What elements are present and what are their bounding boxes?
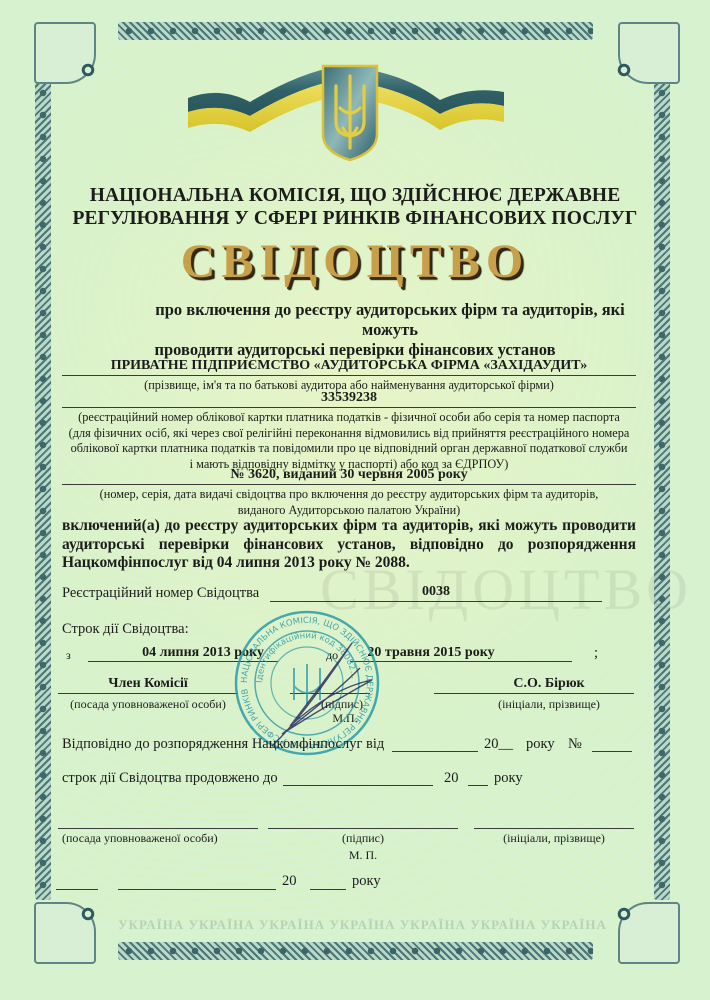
signer-position: Член Комісії — [58, 675, 238, 693]
extension-position-caption: (посада уповноваженої особи) — [62, 831, 218, 845]
certificate-number: № 3620, виданий 30 червня 2005 року — [62, 466, 636, 485]
corner-ornament-bottom-left — [34, 902, 96, 964]
extension-signature-caption: (підпис) — [268, 831, 458, 845]
extension-date-year-line — [310, 889, 346, 890]
stamp-trident-icon — [294, 664, 320, 704]
extension-signature-line — [268, 828, 458, 829]
extension-extended-line — [283, 785, 433, 786]
issuer-line-2: РЕГУЛЮВАННЯ У СФЕРІ РИНКІВ ФІНАНСОВИХ ПО… — [60, 207, 650, 231]
registration-line — [270, 601, 602, 602]
firm-name: ПРИВАТНЕ ПІДПРИЄМСТВО «АУДИТОРСЬКА ФІРМА… — [62, 357, 636, 376]
registration-number: 0038 — [270, 583, 602, 601]
ornament-border-right — [654, 60, 670, 900]
signer-name: С.О. Бірюк — [434, 675, 634, 693]
extension-order-year: 20__ — [484, 735, 513, 753]
firm-code-caption: (реєстраційний номер облікової картки пл… — [62, 410, 636, 472]
name-line — [434, 693, 634, 694]
subtitle-line-1: про включення до реєстру аудиторських фі… — [60, 300, 650, 340]
extension-name-line — [474, 828, 634, 829]
border-watermark-text: УКРАЇНА УКРАЇНА УКРАЇНА УКРАЇНА УКРАЇНА … — [118, 917, 607, 933]
validity-to-date: 20 травня 2015 року — [350, 644, 572, 662]
certificate-number-field: № 3620, виданий 30 червня 2005 року (ном… — [62, 466, 636, 518]
certificate-number-caption: (номер, серія, дата видачі свідоцтва про… — [62, 487, 636, 518]
certificate-title: СВІДОЦТВО — [60, 234, 650, 290]
extension-date-year-suffix: року — [352, 872, 381, 890]
extension-date-year: 20 — [282, 872, 297, 890]
extension-extended-label: строк дії Свідоцтва продовжено до — [62, 769, 278, 787]
coat-of-arms-emblem — [180, 62, 520, 162]
extension-name-caption: (ініціали, прізвище) — [474, 831, 634, 845]
corner-ornament-top-left — [34, 22, 96, 84]
validity-label: Строк дії Свідоцтва: — [62, 620, 189, 638]
signer-position-caption: (посада уповноваженої особи) — [58, 697, 238, 711]
firm-code: 33539238 — [62, 389, 636, 408]
firm-code-field: 33539238 (реєстраційний номер облікової … — [62, 389, 636, 472]
validity-terminator: ; — [594, 644, 598, 662]
extension-order-label: Відповідно до розпорядження Нацкомфінпос… — [62, 735, 384, 753]
extension-extended-year-line — [468, 785, 488, 786]
ornament-border-bottom — [118, 942, 593, 960]
extension-order-date-line — [392, 751, 478, 752]
extension-order-year-suffix: року — [526, 735, 555, 753]
extension-order-number-label: № — [568, 735, 582, 753]
extension-day-line — [56, 889, 98, 890]
extension-order-number-line — [592, 751, 632, 752]
registration-label: Реєстраційний номер Свідоцтва — [62, 584, 259, 602]
position-line — [58, 693, 238, 694]
signer-name-caption: (ініціали, прізвище) — [434, 697, 634, 711]
extension-month-line — [118, 889, 276, 890]
extension-position-line — [58, 828, 258, 829]
corner-ornament-bottom-right — [618, 902, 680, 964]
corner-ornament-top-right — [618, 22, 680, 84]
issuer-line-1: НАЦІОНАЛЬНА КОМІСІЯ, ЩО ЗДІЙСНЮЄ ДЕРЖАВН… — [60, 184, 650, 208]
ornament-border-top — [118, 22, 593, 40]
inclusion-statement: включений(а) до реєстру аудиторських фір… — [62, 517, 636, 573]
extension-extended-year: 20 — [444, 769, 459, 787]
ornament-border-left — [35, 60, 51, 900]
validity-from-prefix: з — [66, 646, 71, 664]
extension-seal-caption: М. П. — [268, 848, 458, 862]
certificate-subtitle: про включення до реєстру аудиторських фі… — [60, 300, 650, 360]
extension-extended-year-suffix: року — [494, 769, 523, 787]
shield-icon — [323, 66, 377, 160]
